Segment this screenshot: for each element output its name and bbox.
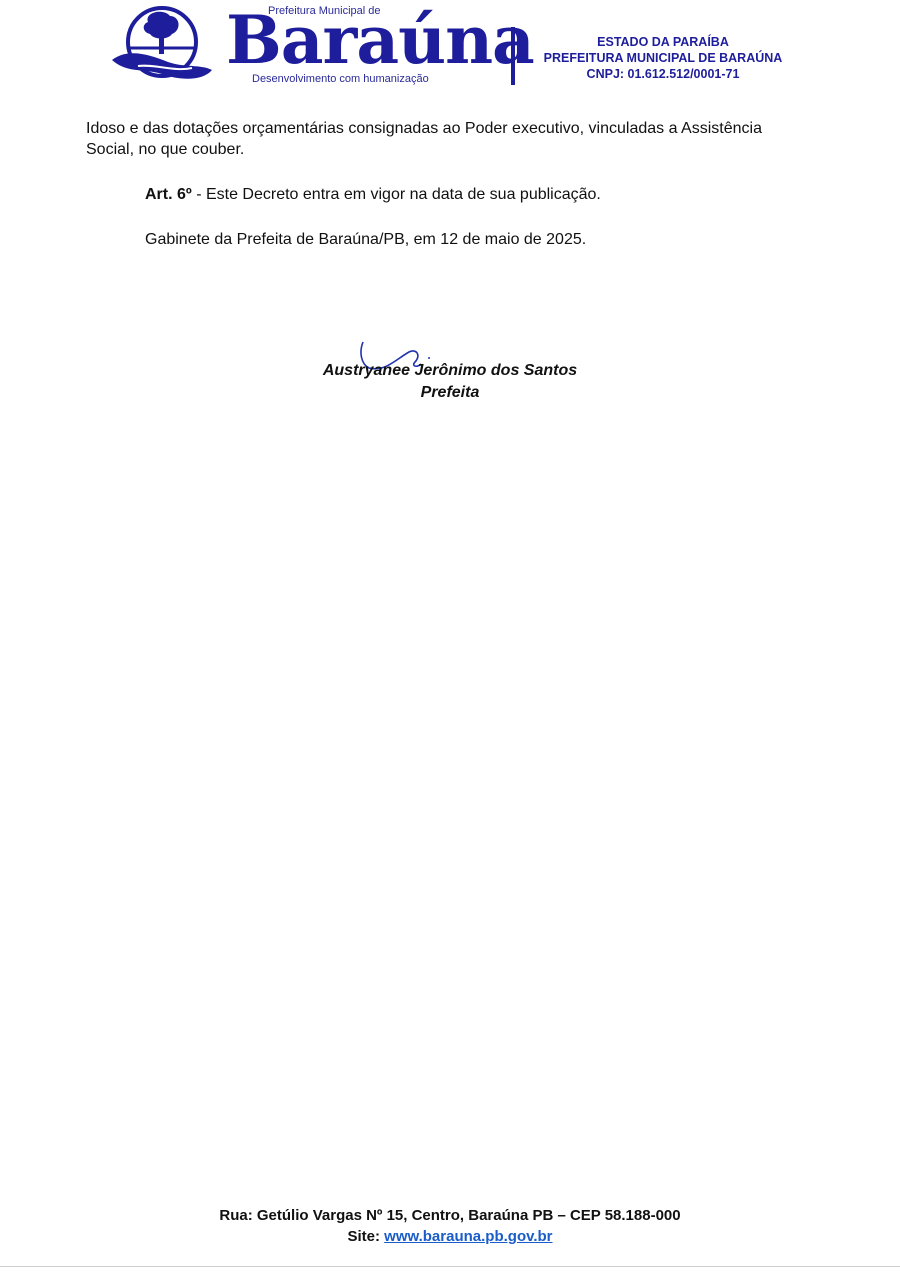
footer-site: Site: www.barauna.pb.gov.br [0,1226,900,1247]
brand-name: Baraúna [226,2,534,78]
footer-address: Rua: Getúlio Vargas Nº 15, Centro, Baraú… [0,1205,900,1226]
institution-block: ESTADO DA PARAÍBA PREFEITURA MUNICIPAL D… [520,34,806,82]
signer-title: Prefeita [0,382,900,404]
footer: Rua: Getúlio Vargas Nº 15, Centro, Baraú… [0,1205,900,1247]
paragraph-continuation: Idoso e das dotações orçamentárias consi… [86,118,806,160]
signature-block: Austryanee Jerônimo dos Santos Prefeita [0,360,900,404]
header-divider [511,27,515,85]
municipality-name: PREFEITURA MUNICIPAL DE BARAÚNA [520,50,806,66]
cnpj: CNPJ: 01.612.512/0001-71 [520,66,806,82]
site-link[interactable]: www.barauna.pb.gov.br [384,1228,552,1245]
state-name: ESTADO DA PARAÍBA [520,34,806,50]
article-6: Art. 6º - Este Decreto entra em vigor na… [145,186,601,204]
closing-line: Gabinete da Prefeita de Baraúna/PB, em 1… [145,231,586,249]
article-text: - Este Decreto entra em vigor na data de… [192,186,601,203]
article-label: Art. 6º [145,186,192,203]
brand-tagline: Desenvolvimento com humanização [252,73,429,85]
site-label: Site: [347,1228,380,1245]
municipal-emblem-icon [108,4,216,84]
letterhead: Prefeitura Municipal de Baraúna Desenvol… [0,0,900,100]
signer-name: Austryanee Jerônimo dos Santos [0,360,900,382]
scan-edge-divider [0,1266,900,1267]
